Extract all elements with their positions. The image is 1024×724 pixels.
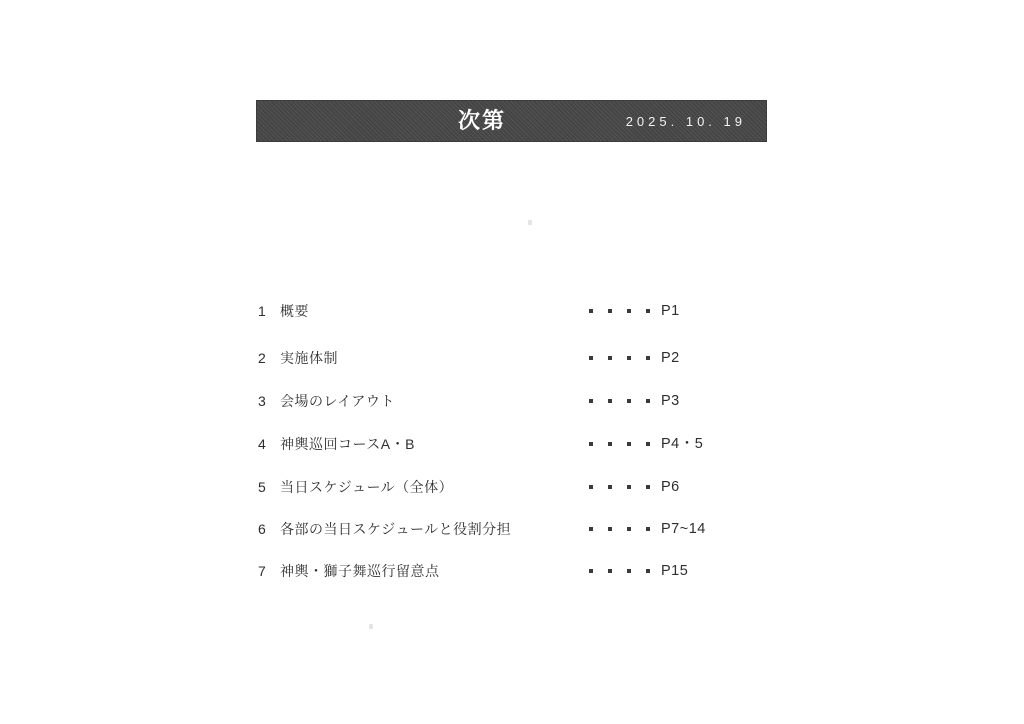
toc-item-label: 概要	[280, 301, 309, 321]
dot-leader	[589, 519, 650, 539]
toc-row: 6 各部の当日スケジュールと役割分担 P7~14	[0, 519, 1024, 539]
toc-row: 4 神輿巡回コースA・B P4・5	[0, 434, 1024, 454]
toc-item-label: 会場のレイアウト	[280, 391, 395, 411]
toc-item-page: P7~14	[661, 519, 706, 539]
toc-item-number: 2	[258, 348, 266, 368]
dot-leader	[589, 391, 650, 411]
toc-item-page: P4・5	[661, 434, 703, 454]
dot-leader	[589, 434, 650, 454]
dot-leader	[589, 348, 650, 368]
toc-item-label: 実施体制	[280, 348, 338, 368]
header-date: 2025. 10. 19	[626, 101, 746, 141]
scan-speck	[528, 220, 532, 225]
toc-item-number: 7	[258, 561, 266, 581]
toc-item-label: 当日スケジュール（全体）	[280, 477, 453, 497]
toc-item-page: P1	[661, 301, 680, 321]
header-bar: 次第 2025. 10. 19	[256, 100, 767, 142]
scan-speck	[369, 624, 373, 629]
toc-item-label: 各部の当日スケジュールと役割分担	[280, 519, 511, 539]
dot-leader	[589, 301, 650, 321]
toc-item-number: 1	[258, 301, 266, 321]
toc-item-number: 4	[258, 434, 266, 454]
toc-row: 1 概要 P1	[0, 301, 1024, 321]
toc-item-label: 神輿・獅子舞巡行留意点	[280, 561, 440, 581]
toc-item-page: P2	[661, 348, 680, 368]
scanned-document-page: 次第 2025. 10. 19 1 概要 P1 2 実施体制 P2 3 会場のレ…	[0, 0, 1024, 724]
toc-item-page: P6	[661, 477, 680, 497]
toc-item-number: 3	[258, 391, 266, 411]
toc-row: 2 実施体制 P2	[0, 348, 1024, 368]
toc-item-number: 5	[258, 477, 266, 497]
toc-item-label: 神輿巡回コースA・B	[280, 434, 415, 454]
toc-row: 7 神輿・獅子舞巡行留意点 P15	[0, 561, 1024, 581]
toc-item-page: P15	[661, 561, 688, 581]
toc-row: 3 会場のレイアウト P3	[0, 391, 1024, 411]
toc-row: 5 当日スケジュール（全体） P6	[0, 477, 1024, 497]
page-title: 次第	[458, 101, 506, 141]
dot-leader	[589, 477, 650, 497]
toc-item-page: P3	[661, 391, 680, 411]
toc-item-number: 6	[258, 519, 266, 539]
dot-leader	[589, 561, 650, 581]
